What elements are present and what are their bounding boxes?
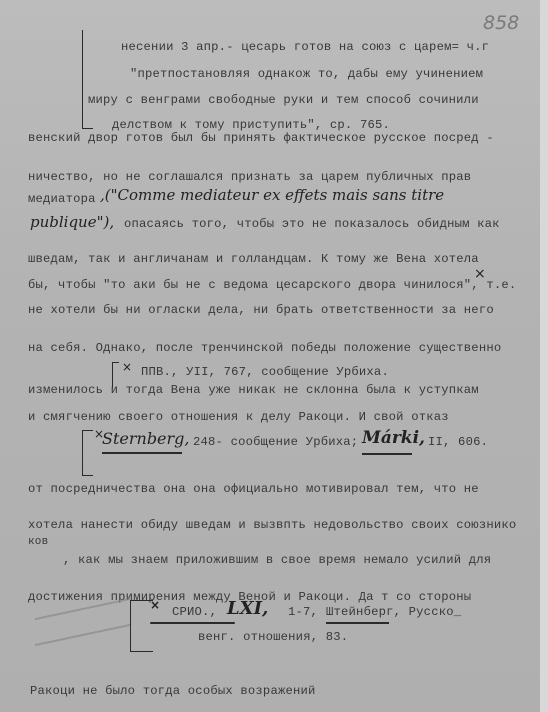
text-line: опасаясь того, чтобы это не показалось о… xyxy=(124,217,500,231)
footnote-text: II, 606. xyxy=(428,435,488,449)
text-line: не хотели бы ни огласки дела, ни брать о… xyxy=(28,303,494,317)
footnote-star: × xyxy=(122,360,132,374)
citation-underline xyxy=(102,452,182,454)
handwritten-volume: LXI, xyxy=(227,598,268,619)
footnote-text: ППВ., УII, 767, сообщение Урбиха. xyxy=(141,365,389,379)
footnote-bracket xyxy=(82,430,93,476)
text-line: изменилось и тогда Вена уже никак не скл… xyxy=(28,383,479,397)
citation-underline xyxy=(150,622,235,624)
page-number: 858 xyxy=(483,12,519,34)
text-line: миру с венграми свободные руки и тем спо… xyxy=(88,93,479,107)
text-line: ничество, но не соглашался признать за ц… xyxy=(28,170,471,184)
handwritten-note: ,("Comme mediateur ex effets mais sans t… xyxy=(100,186,444,204)
text-line: хотела нанести обиду шведам и вызвпть не… xyxy=(28,518,516,532)
text-line: шведам, так и англичанам и голландцам. К… xyxy=(28,252,479,266)
citation-underline xyxy=(326,622,389,624)
text-line: Ракоци не было тогда особых возражений xyxy=(30,684,316,698)
text-line: от посредничества она она официально мот… xyxy=(28,482,479,496)
margin-bracket xyxy=(82,30,93,129)
footnote-text: СРИО., xyxy=(172,605,217,619)
footnote-text: 1-7, xyxy=(288,605,318,619)
citation-underline xyxy=(362,453,412,455)
text-line: "претпостановляя однакож то, дабы ему уч… xyxy=(130,67,483,81)
text-line: и смягчению своего отношения к делу Рако… xyxy=(28,410,449,424)
footnote-star: × xyxy=(150,598,160,612)
footnote-text: Штейнберг, Русско_ xyxy=(326,605,461,619)
text-line: , как мы знаем приложившим в свое время … xyxy=(63,553,491,567)
text-line: ков xyxy=(28,536,48,548)
footnote-text: 248- сообщение Урбиха; xyxy=(193,435,358,449)
text-line: делством к тому приступить", ср. 765. xyxy=(112,118,390,132)
paper-edge xyxy=(540,0,548,712)
text-line: венский двор готов был бы принять фактич… xyxy=(28,131,494,145)
footnote-text: венг. отношения, 83. xyxy=(198,630,348,644)
handwritten-note: publique"), xyxy=(30,213,114,231)
text-line: на себя. Однако, после тренчинской побед… xyxy=(28,341,501,355)
text-line: бы, чтобы "то аки бы не с ведома цесарск… xyxy=(28,278,516,292)
handwritten-citation: Márki, xyxy=(362,428,425,448)
handwritten-citation: Sternberg, xyxy=(102,429,190,448)
text-line: несении 3 апр.- цесарь готов на союз с ц… xyxy=(121,40,489,54)
text-line: медиатора xyxy=(28,192,96,206)
